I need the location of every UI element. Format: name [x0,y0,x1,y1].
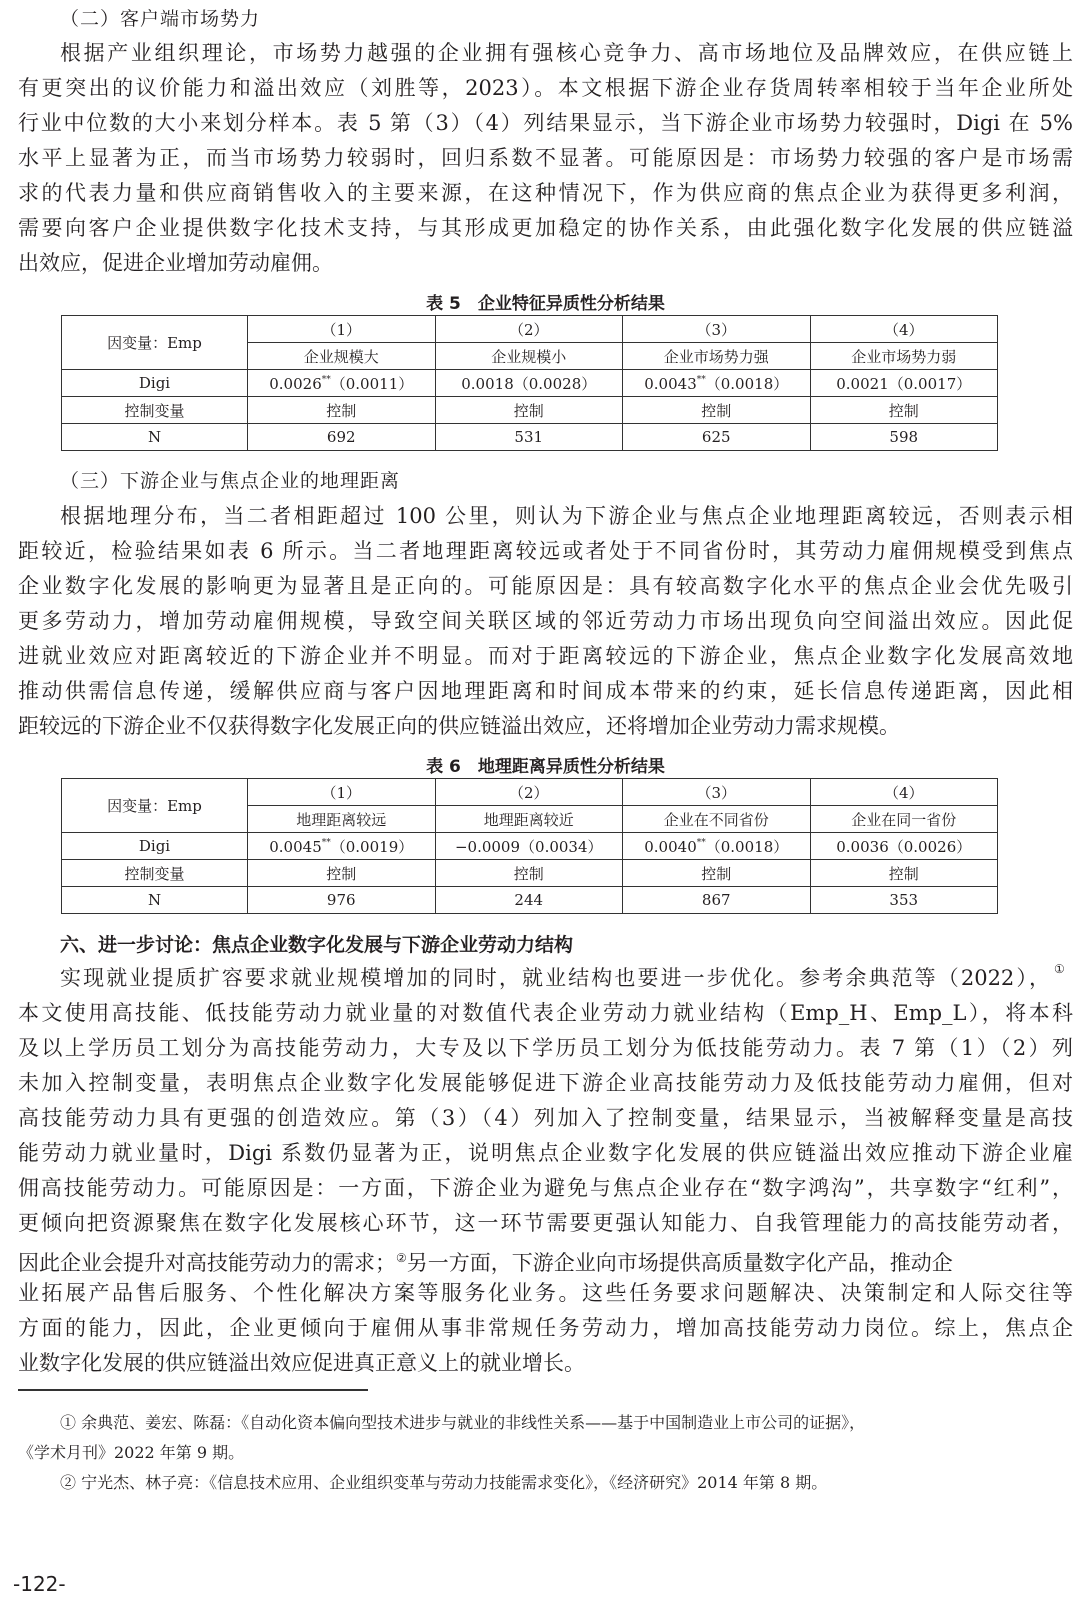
table-cell: 598 [810,424,998,451]
paragraph-line: 求的代表力量和供应商销售收入的主要来源，在这种情况下，作为供应商的焦点企业为获得… [18,176,1073,210]
paragraph-line: 有更突出的议价能力和溢出效应（刘胜等，2023）。本文根据下游企业存货周转率相较… [18,71,1073,105]
footnote-ref-1[interactable]: ① [1054,962,1065,976]
column-number: （3） [623,316,811,343]
coef-cell: 0.0021（0.0017） [810,370,998,397]
paragraph-line: 距较远的下游企业不仅获得数字化发展正向的供应链溢出效应，还将增加企业劳动力需求规… [18,709,1073,743]
table-cell: 控制 [810,860,998,887]
table-cell: 控制 [623,397,811,424]
column-label: 企业市场势力弱 [810,343,998,370]
footnote-2: ② 宁光杰、林子亮：《信息技术应用、企业组织变革与劳动力技能需求变化》，《经济研… [60,1470,1073,1493]
footnote-divider [18,1389,368,1391]
paragraph-line: 更多劳动力，增加劳动雇佣规模，导致空间关联区域的邻近劳动力市场出现负向空间溢出效… [18,604,1073,638]
paragraph-line-with-note: 因此企业会提升对高技能劳动力的需求；②另一方面，下游企业向市场提供高质量数字化产… [18,1241,1073,1275]
table-cell: 控制 [248,860,436,887]
table-cell: 353 [810,887,998,914]
page-number: -122- [13,1572,66,1596]
column-label: 企业规模小 [435,343,623,370]
column-number: （4） [810,779,998,806]
coef-cell: 0.0018（0.0028） [435,370,623,397]
table-cell: 控制 [248,397,436,424]
column-number: （4） [810,316,998,343]
coef-cell: 0.0045**（0.0019） [248,833,436,860]
paragraph-line: 出效应，促进企业增加劳动雇佣。 [18,246,1073,280]
column-label: 地理距离较近 [435,806,623,833]
coef-cell: 0.0036（0.0026） [810,833,998,860]
paragraph-line: 水平上显著为正，而当市场势力较弱时，回归系数不显著。可能原因是：市场势力较强的客… [18,141,1073,175]
dependent-variable-label: 因变量：Emp [62,316,248,370]
paragraph-line: 业数字化发展的供应链溢出效应促进真正意义上的就业增长。 [18,1346,1073,1380]
column-number: （1） [248,316,436,343]
section-heading-further-discussion: 六、进一步讨论：焦点企业数字化发展与下游企业劳动力结构 [60,930,573,957]
table-row: Digi 0.0026**（0.0011） 0.0018（0.0028） 0.0… [62,370,998,397]
paragraph-line: 本文使用高技能、低技能劳动力就业量的对数值代表企业劳动力就业结构（Emp_H、E… [18,996,1073,1030]
column-number: （2） [435,316,623,343]
paragraph-line: 更倾向把资源聚焦在数字化发展核心环节，这一环节需要更强认知能力、自我管理能力的高… [18,1206,1073,1240]
column-label: 企业市场势力强 [623,343,811,370]
table-row: N 692 531 625 598 [62,424,998,451]
column-number: （2） [435,779,623,806]
footnote-1-cont: 《学术月刊》2022 年第 9 期。 [18,1440,1073,1463]
paragraph-line: 根据产业组织理论，市场势力越强的企业拥有强核心竞争力、高市场地位及品牌效应，在供… [60,36,1073,70]
column-number: （3） [623,779,811,806]
paragraph-line: 进就业效应对距离较近的下游企业并不明显。而对于距离较远的下游企业，焦点企业数字化… [18,639,1073,673]
table-6: 因变量：Emp （1） （2） （3） （4） 地理距离较远 地理距离较近 企业… [61,778,998,914]
column-label: 企业规模大 [248,343,436,370]
paragraph-line: 业拓展产品售后服务、个性化解决方案等服务化业务。这些任务要求问题解决、决策制定和… [18,1276,1073,1310]
column-label: 企业在不同省份 [623,806,811,833]
paragraph-line: 方面的能力，因此，企业更倾向于雇佣从事非常规任务劳动力，增加高技能劳动力岗位。综… [18,1311,1073,1345]
table-row: Digi 0.0045**（0.0019） −0.0009（0.0034） 0.… [62,833,998,860]
table-5-title: 表 5 企业特征异质性分析结果 [18,289,1073,314]
column-number: （1） [248,779,436,806]
row-label: Digi [62,370,248,397]
column-label: 企业在同一省份 [810,806,998,833]
paragraph-line: 及以上学历员工划分为高技能劳动力，大专及以下学历员工划分为低技能劳动力。表 7 … [18,1031,1073,1065]
coef-cell: 0.0040**（0.0018） [623,833,811,860]
subsection-heading-market-power: （二）客户端市场势力 [60,4,260,31]
column-label: 地理距离较远 [248,806,436,833]
row-label: 控制变量 [62,397,248,424]
paragraph-line: 根据地理分布，当二者相距超过 100 公里，则认为下游企业与焦点企业地理距离较远… [60,499,1073,533]
paragraph-line: 企业数字化发展的影响更为显著且是正向的。可能原因是：具有较高数字化水平的焦点企业… [18,569,1073,603]
table-cell: 625 [623,424,811,451]
table-cell: 244 [435,887,623,914]
footnote-1: ① 余典范、姜宏、陈磊：《自动化资本偏向型技术进步与就业的非线性关系——基于中国… [60,1410,1073,1433]
table-cell: 867 [623,887,811,914]
coef-cell: 0.0043**（0.0018） [623,370,811,397]
table-row: 控制变量 控制 控制 控制 控制 [62,397,998,424]
row-label: 控制变量 [62,860,248,887]
table-row: N 976 244 867 353 [62,887,998,914]
paragraph-line: 推动供需信息传递，缓解供应商与客户因地理距离和时间成本带来的约束，延长信息传递距… [18,674,1073,708]
row-label: N [62,424,248,451]
subsection-heading-geographic-distance: （三）下游企业与焦点企业的地理距离 [60,466,400,493]
paragraph-line: 佣高技能劳动力。可能原因是：一方面，下游企业为避免与焦点企业存在“数字鸿沟”，共… [18,1171,1073,1205]
table-cell: 531 [435,424,623,451]
table-row: 控制变量 控制 控制 控制 控制 [62,860,998,887]
row-label: N [62,887,248,914]
table-5: 因变量：Emp （1） （2） （3） （4） 企业规模大 企业规模小 企业市场… [61,315,998,451]
paragraph-line: 需要向客户企业提供数字化技术支持，与其形成更加稳定的协作关系，由此强化数字化发展… [18,211,1073,245]
coef-cell: −0.0009（0.0034） [435,833,623,860]
table-6-title: 表 6 地理距离异质性分析结果 [18,752,1073,777]
coef-cell: 0.0026**（0.0011） [248,370,436,397]
paragraph-line: 未加入控制变量，表明焦点企业数字化发展能够促进下游企业高技能劳动力及低技能劳动力… [18,1066,1073,1100]
table-cell: 控制 [435,860,623,887]
paragraph-line: 高技能劳动力具有更强的创造效应。第（3）（4）列加入了控制变量，结果显示，当被解… [18,1101,1073,1135]
table-cell: 976 [248,887,436,914]
table-cell: 控制 [435,397,623,424]
paragraph-line: 距较近，检验结果如表 6 所示。当二者地理距离较远或者处于不同省份时，其劳动力雇… [18,534,1073,568]
table-cell: 控制 [623,860,811,887]
footnote-ref-2[interactable]: ② [396,1251,407,1265]
paragraph-line: 实现就业提质扩容要求就业规模增加的同时，就业结构也要进一步优化。参考余典范等（2… [60,961,1050,995]
paragraph-line: 能劳动力就业量时，Digi 系数仍显著为正，说明焦点企业数字化发展的供应链溢出效… [18,1136,1073,1170]
paragraph-line: 行业中位数的大小来划分样本。表 5 第（3）（4）列结果显示，当下游企业市场势力… [18,106,1073,140]
table-cell: 控制 [810,397,998,424]
row-label: Digi [62,833,248,860]
dependent-variable-label: 因变量：Emp [62,779,248,833]
table-cell: 692 [248,424,436,451]
